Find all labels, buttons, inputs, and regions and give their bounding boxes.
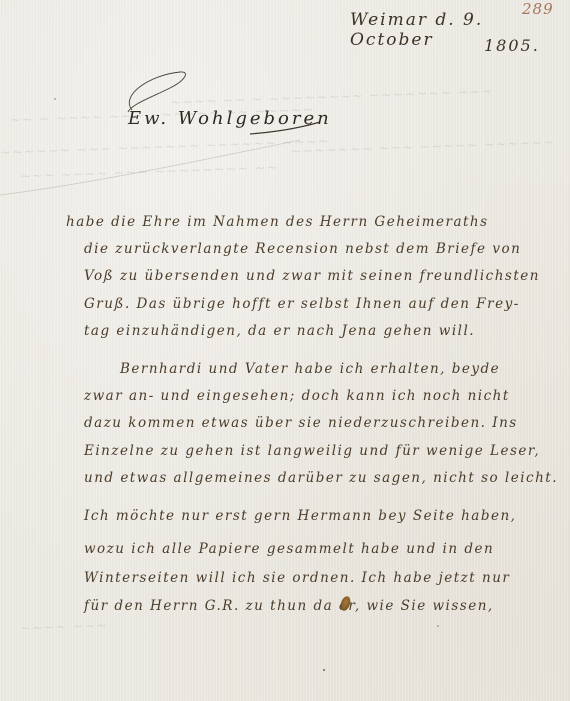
bleed-through-text: ~~~~ ~~~ <box>20 618 109 636</box>
letter-line: dazu kommen etwas über sie niederzuschre… <box>84 415 518 431</box>
bleed-through-text: ~~~~ ~~ ~ ~~~~~~~~ ~~~~~~~ ~~~ <box>170 84 493 110</box>
bleed-through-text: ~~~ ~~~~ ~~~ ~~~~~~~~ ~~ <box>20 160 279 184</box>
letter-line: die zurückverlangte Recension nebst dem … <box>84 241 521 257</box>
letter-line: und etwas allgemeines darüber zu sagen, … <box>84 470 558 486</box>
salutation: Ew. Wohlgeboren <box>128 108 332 129</box>
letter-line: für den Herrn G.R. zu thun da er, wie Si… <box>84 598 494 614</box>
paper-speck <box>54 98 56 100</box>
letter-line: Gruß. Das übrige hofft er selbst Ihnen a… <box>84 296 520 312</box>
letter-line: Bernhardi und Vater habe ich erhalten, b… <box>120 361 500 377</box>
paper-speck <box>323 669 325 671</box>
letter-line: wozu ich alle Papiere gesammelt habe und… <box>84 541 494 557</box>
letter-line: habe die Ehre im Nahmen des Herrn Geheim… <box>66 214 489 230</box>
letter-sheet: ~~ ~ ~~~~ ~~~ ~~~~~~ ~~ ~~~~~ ~~~~~~ ~~~… <box>0 0 570 701</box>
bleed-through-text: ~~~~~~ ~~~ ~~~~~~~ ~~~~~~ ~~~~ <box>0 134 330 160</box>
date-year: 1805. <box>484 36 540 55</box>
letter-line: Winterseiten will ich sie ordnen. Ich ha… <box>84 570 510 586</box>
letter-line: zwar an- und eingesehen; doch kann ich n… <box>84 388 510 404</box>
letter-line: Ich möchte nur erst gern Hermann bey Sei… <box>84 508 516 524</box>
bleed-through-text: ~~~~~~~ ~~~ ~~~~~ ~~~~~~ <box>290 135 556 159</box>
paper-speck <box>437 625 439 627</box>
letter-line: Voß zu übersenden und zwar mit seinen fr… <box>84 268 540 284</box>
letter-line: Einzelne zu gehen ist langweilig und für… <box>84 443 540 459</box>
letter-line: tag einzuhändigen, da er nach Jena gehen… <box>84 323 475 339</box>
